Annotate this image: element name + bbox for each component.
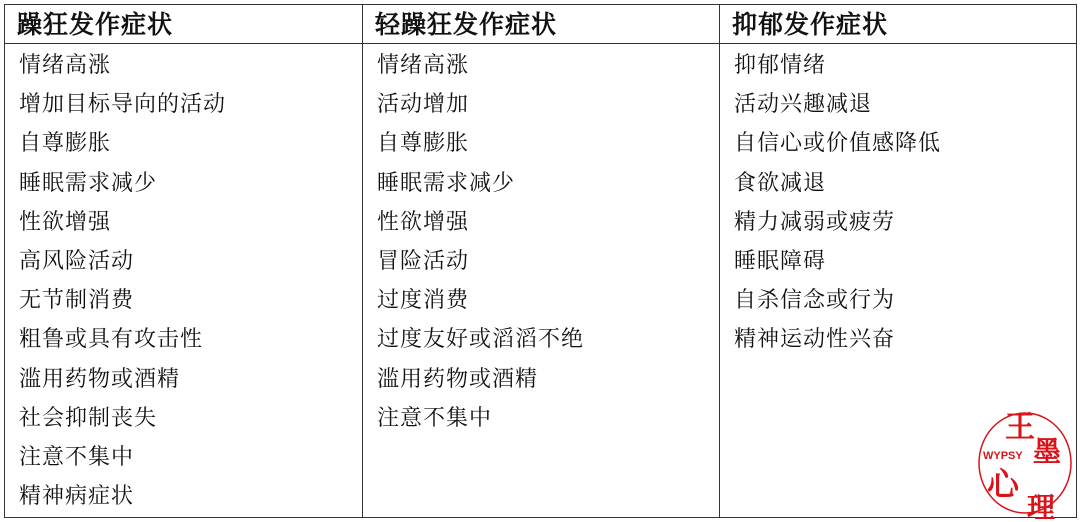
symptom-item: 活动增加 [363, 85, 719, 124]
symptom-item: 注意不集中 [5, 438, 362, 477]
symptom-item: 性欲增强 [5, 203, 362, 242]
svg-text:王: 王 [1005, 410, 1035, 445]
symptom-item: 无节制消费 [5, 281, 362, 320]
symptom-item: 情绪高涨 [5, 46, 362, 85]
symptom-item: 自尊膨胀 [5, 124, 362, 163]
symptom-item: 自杀信念或行为 [720, 281, 1076, 320]
column-items: 情绪高涨活动增加自尊膨胀睡眠需求减少性欲增强冒险活动过度消费过度友好或滔滔不绝滥… [363, 44, 719, 438]
symptom-item: 睡眠需求减少 [5, 164, 362, 203]
column-header: 躁狂发作症状 [5, 5, 362, 44]
symptom-item: 精神运动性兴奋 [720, 320, 1076, 359]
symptom-item: 睡眠障碍 [720, 242, 1076, 281]
column-header: 抑郁发作症状 [720, 5, 1076, 44]
svg-text:墨: 墨 [1033, 435, 1061, 468]
symptom-item: 食欲减退 [720, 164, 1076, 203]
symptom-item: 过度友好或滔滔不绝 [363, 320, 719, 359]
symptom-item: 滥用药物或酒精 [363, 360, 719, 399]
symptom-item: 粗鲁或具有攻击性 [5, 320, 362, 359]
symptom-item: 注意不集中 [363, 399, 719, 438]
symptom-item: 精力减弱或疲劳 [720, 203, 1076, 242]
column-items: 情绪高涨增加目标导向的活动自尊膨胀睡眠需求减少性欲增强高风险活动无节制消费粗鲁或… [5, 44, 362, 516]
symptom-item: 精神病症状 [5, 477, 362, 516]
column-mania: 躁狂发作症状 情绪高涨增加目标导向的活动自尊膨胀睡眠需求减少性欲增强高风险活动无… [5, 5, 362, 517]
symptom-item: 自信心或价值感降低 [720, 124, 1076, 163]
svg-text:心: 心 [987, 465, 1020, 503]
symptom-item: 社会抑制丧失 [5, 399, 362, 438]
symptom-item: 活动兴趣减退 [720, 85, 1076, 124]
column-hypomania: 轻躁狂发作症状 情绪高涨活动增加自尊膨胀睡眠需求减少性欲增强冒险活动过度消费过度… [362, 5, 719, 517]
symptoms-table: 躁狂发作症状 情绪高涨增加目标导向的活动自尊膨胀睡眠需求减少性欲增强高风险活动无… [4, 4, 1077, 518]
symptom-item: 性欲增强 [363, 203, 719, 242]
symptom-item: 抑郁情绪 [720, 46, 1076, 85]
watermark-logo: WYPSY 王 墨 心 理 [975, 403, 1079, 521]
symptom-item: 冒险活动 [363, 242, 719, 281]
symptom-item: 情绪高涨 [363, 46, 719, 85]
svg-text:理: 理 [1027, 491, 1055, 521]
symptom-item: 滥用药物或酒精 [5, 360, 362, 399]
symptom-item: 增加目标导向的活动 [5, 85, 362, 124]
symptom-item: 自尊膨胀 [363, 124, 719, 163]
column-header: 轻躁狂发作症状 [363, 5, 719, 44]
svg-text:WYPSY: WYPSY [983, 450, 1023, 462]
column-items: 抑郁情绪活动兴趣减退自信心或价值感降低食欲减退精力减弱或疲劳睡眠障碍自杀信念或行… [720, 44, 1076, 360]
symptom-item: 过度消费 [363, 281, 719, 320]
symptom-item: 睡眠需求减少 [363, 164, 719, 203]
symptom-item: 高风险活动 [5, 242, 362, 281]
